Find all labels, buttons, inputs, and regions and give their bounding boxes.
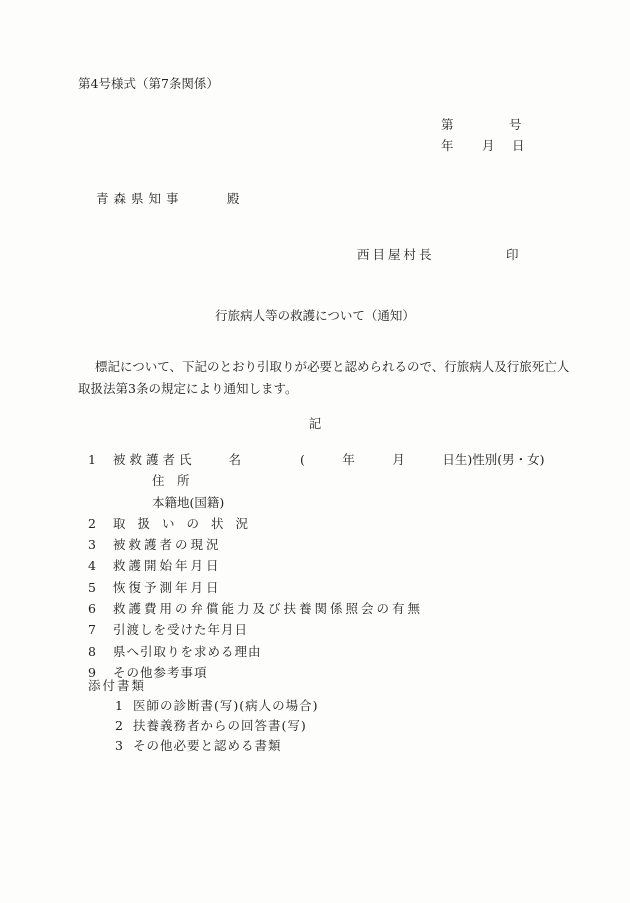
attachment-text: 医師の診断書(写)(病人の場合) xyxy=(133,696,319,716)
form-page: 第4号様式（第7条関係） 第 号 年 月 日 青森県知事 殿 西目屋村長 印 行… xyxy=(0,0,630,903)
attachment-number: 1 xyxy=(115,696,133,716)
list-item-6: 6 救護費用の弁償能力及び扶養関係照会の有無 xyxy=(88,598,620,619)
list-item-number: 3 xyxy=(88,534,113,555)
list-item-text: 引渡しを受けた年月日 xyxy=(113,619,248,640)
list-item-number: 6 xyxy=(88,598,113,619)
form-number: 第4号様式（第7条関係） xyxy=(78,74,219,92)
addressee-name: 青森県知事 xyxy=(96,189,184,207)
attachments-section: 添付書類 1 医師の診断書(写)(病人の場合) 2 扶養義務者からの回答書(写)… xyxy=(88,676,319,756)
document-title: 行旅病人等の救護について（通知） xyxy=(0,306,630,324)
date-day-label: 日 xyxy=(512,136,525,154)
body-paragraph: 標記について、下記のとおり引取りが必要と認められるので、行旅病人及行旅死亡人 取… xyxy=(78,356,568,400)
body-line-1: 標記について、下記のとおり引取りが必要と認められるので、行旅病人及行旅死亡人 xyxy=(78,356,568,378)
attachment-item-2: 2 扶養義務者からの回答書(写) xyxy=(88,716,319,736)
main-list: 1 被救護者氏 名 ( 年 月 日生)性別(男・女) 住 所 本籍地(国籍) 2… xyxy=(88,449,620,683)
body-line-2: 取扱法第3条の規定により通知します。 xyxy=(78,378,568,400)
date-month-label: 月 xyxy=(482,136,495,154)
list-item-number: 4 xyxy=(88,555,113,576)
list-item-3: 3 被救護者の現況 xyxy=(88,534,620,555)
attachments-header: 添付書類 xyxy=(88,676,319,696)
list-item-text: 救護開始年月日 xyxy=(113,555,222,576)
list-item-number: 5 xyxy=(88,577,113,598)
birth-date-sex-note: ( 年 月 日生)性別(男・女) xyxy=(300,449,545,470)
list-item-text: 取扱いの状況 xyxy=(113,513,260,534)
list-item-number: 7 xyxy=(88,619,113,640)
seal-placeholder: 印 xyxy=(506,245,519,263)
attachment-text: 扶養義務者からの回答書(写) xyxy=(133,716,307,736)
list-item-2: 2 取扱いの状況 xyxy=(88,513,620,534)
list-item-8: 8 県へ引取りを求める理由 xyxy=(88,641,620,662)
list-item-number: 8 xyxy=(88,641,113,662)
date-year-label: 年 xyxy=(441,136,454,154)
list-item-number: 1 xyxy=(88,449,113,470)
sender-name: 西目屋村長 xyxy=(357,245,435,263)
doc-number-prefix: 第 xyxy=(441,115,454,133)
list-item-text: 被救護者の現況 xyxy=(113,534,222,555)
attachment-number: 3 xyxy=(115,736,133,756)
list-item-5: 5 恢復予測年月日 xyxy=(88,577,620,598)
section-marker-ki: 記 xyxy=(0,414,630,432)
list-item-7: 7 引渡しを受けた年月日 xyxy=(88,619,620,640)
list-item-number: 2 xyxy=(88,513,113,534)
addressee-honorific: 殿 xyxy=(227,189,240,207)
list-item-4: 4 救護開始年月日 xyxy=(88,555,620,576)
attachment-number: 2 xyxy=(115,716,133,736)
list-item-1-address: 住 所 xyxy=(88,470,620,491)
list-item-1-domicile: 本籍地(国籍) xyxy=(88,492,620,513)
list-item-text: 被救護者氏 名 xyxy=(113,449,245,470)
attachment-item-1: 1 医師の診断書(写)(病人の場合) xyxy=(88,696,319,716)
attachment-item-3: 3 その他必要と認める書類 xyxy=(88,736,319,756)
doc-number-suffix: 号 xyxy=(509,115,522,133)
list-item-text: 恢復予測年月日 xyxy=(113,577,222,598)
attachment-text: その他必要と認める書類 xyxy=(133,736,282,756)
list-item-text: 県へ引取りを求める理由 xyxy=(113,641,262,662)
list-item-text: 救護費用の弁償能力及び扶養関係照会の有無 xyxy=(113,598,423,619)
list-item-1: 1 被救護者氏 名 ( 年 月 日生)性別(男・女) xyxy=(88,449,620,470)
